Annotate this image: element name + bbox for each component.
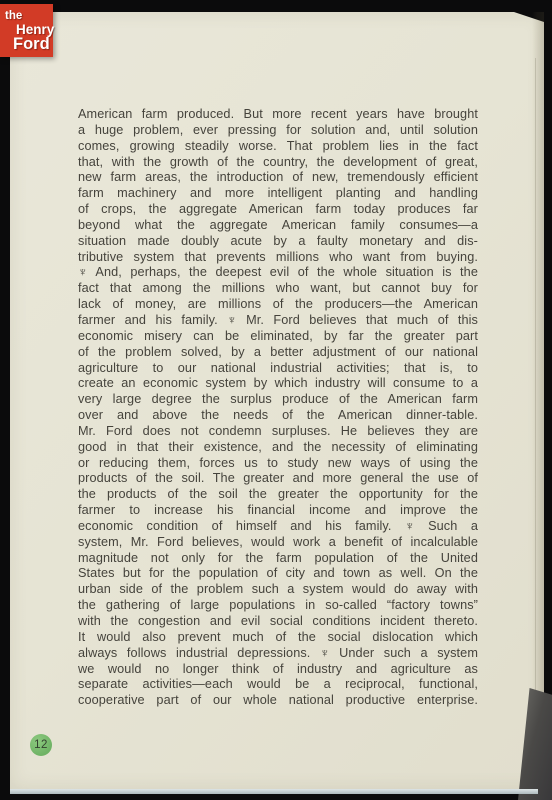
next-page-sliver — [10, 789, 538, 794]
page-crease-line — [535, 58, 536, 789]
page-number-badge: 12 — [30, 734, 52, 756]
henry-ford-logo: the Henry Ford — [0, 4, 53, 57]
text-line: separate activities—each would be a reci… — [78, 677, 478, 693]
text-line: ♆ And, perhaps, the deepest evil of the … — [78, 265, 478, 281]
text-line: American farm produced. But more recent … — [78, 107, 478, 123]
logo-word-ford: Ford — [13, 36, 50, 53]
logo-word-the: the — [5, 11, 22, 23]
text-line: economic misery can be eliminated, by fa… — [78, 329, 478, 345]
text-line: farmer and his family. ♆ Mr. Ford believ… — [78, 313, 478, 329]
text-line: very large degree the surplus produce of… — [78, 392, 478, 408]
text-line: fact that among the millions who want, b… — [78, 281, 478, 297]
text-line: always follows industrial depressions. ♆… — [78, 646, 478, 662]
text-line: create an economic system by which indus… — [78, 376, 478, 392]
text-line: lack of money, are millions of the produ… — [78, 297, 478, 313]
page-fore-edge-shading — [532, 12, 544, 789]
text-line: economic condition of himself and his fa… — [78, 519, 478, 535]
text-line: comes, growing steadily worse. That prob… — [78, 139, 478, 155]
text-line: the gathering of large populations in so… — [78, 598, 478, 614]
text-line: tributive system that prevents millions … — [78, 250, 478, 266]
text-line: a huge problem, ever pressing for soluti… — [78, 123, 478, 139]
text-line: that, with the growth of the country, th… — [78, 155, 478, 171]
text-line: system, Mr. Ford believes, would work a … — [78, 535, 478, 551]
text-line: farm machinery and more intelligent plan… — [78, 186, 478, 202]
text-line: urban side of the problem such a system … — [78, 582, 478, 598]
text-line: good in that their existence, and the ne… — [78, 440, 478, 456]
text-line: we would no longer think of industry and… — [78, 662, 478, 678]
text-line: of the problem solved, by a better adjus… — [78, 345, 478, 361]
text-line: It would also prevent much of the social… — [78, 630, 478, 646]
text-line: the products of the soil the greater the… — [78, 487, 478, 503]
text-line: with the congestion and evil social cond… — [78, 614, 478, 630]
text-line: agriculture to our national industrial a… — [78, 361, 478, 377]
text-line: products of the soil. The greater and mo… — [78, 471, 478, 487]
book-page: American farm produced. But more recent … — [10, 12, 544, 789]
text-line: Mr. Ford does not condemn surpluses. He … — [78, 424, 478, 440]
page-number: 12 — [34, 739, 48, 751]
text-line: farmer to increase his financial income … — [78, 503, 478, 519]
text-line: new farm areas, the introduction of new,… — [78, 170, 478, 186]
text-line: over and above the needs of the American… — [78, 408, 478, 424]
body-text: American farm produced. But more recent … — [78, 107, 478, 709]
text-line: or reducing them, forces us to study new… — [78, 456, 478, 472]
text-line: of crops, the aggregate American farm to… — [78, 202, 478, 218]
text-line: States but for the population of city an… — [78, 566, 478, 582]
text-line: cooperative part of our whole national p… — [78, 693, 478, 709]
text-line: situation made doubly acute by a faulty … — [78, 234, 478, 250]
book-photograph: American farm produced. But more recent … — [0, 0, 552, 800]
text-line: magnitude not only for the farm populati… — [78, 551, 478, 567]
text-line: beyond what the aggregate American famil… — [78, 218, 478, 234]
